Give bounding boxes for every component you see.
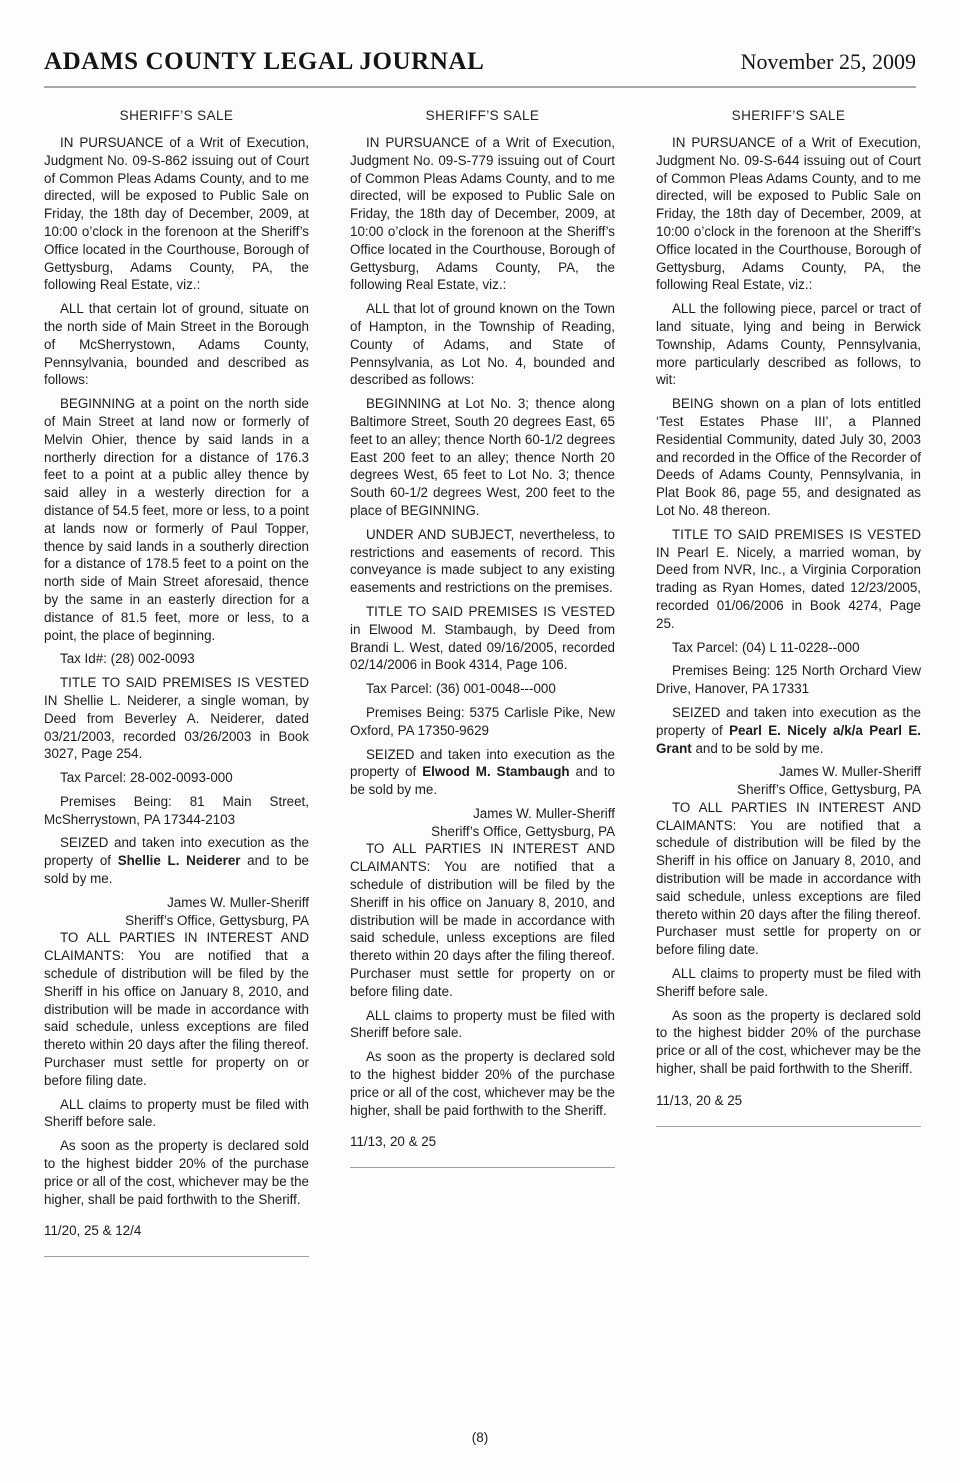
- signature-line: Sheriff’s Office, Gettysburg, PA: [44, 912, 309, 930]
- issue-date: November 25, 2009: [741, 49, 916, 75]
- notice-paragraph: BEGINNING at Lot No. 3; thence along Bal…: [350, 395, 615, 520]
- column-end-rule: [656, 1126, 921, 1127]
- notice-paragraph: IN PURSUANCE of a Writ of Execution, Jud…: [350, 134, 615, 294]
- notice-paragraph: Premises Being: 5375 Carlisle Pike, New …: [350, 704, 615, 740]
- notice-column-1: SHERIFF’S SALE IN PURSUANCE of a Writ of…: [44, 108, 309, 1257]
- notice-paragraph: As soon as the property is declared sold…: [350, 1048, 615, 1119]
- notice-paragraph: Tax Parcel: 28-002-0093-000: [44, 769, 309, 787]
- notice-paragraph: BEGINNING at a point on the north side o…: [44, 395, 309, 644]
- page-number: (8): [0, 1430, 960, 1445]
- notice-paragraph: ALL claims to property must be filed wit…: [44, 1096, 309, 1132]
- notice-paragraph: TITLE TO SAID PREMISES IS VESTED IN Pear…: [656, 526, 921, 633]
- notice-paragraph: As soon as the property is declared sold…: [44, 1137, 309, 1208]
- notice-paragraph: Tax Id#: (28) 002-0093: [44, 650, 309, 668]
- signature-line: James W. Muller-Sheriff: [44, 894, 309, 912]
- column-heading: SHERIFF’S SALE: [44, 108, 309, 123]
- publication-dates: 11/20, 25 & 12/4: [44, 1222, 309, 1240]
- signature-line: Sheriff’s Office, Gettysburg, PA: [656, 781, 921, 799]
- notice-paragraph: TITLE TO SAID PREMISES IS VESTED in Elwo…: [350, 603, 615, 674]
- notice-paragraph: UNDER AND SUBJECT, nevertheless, to rest…: [350, 526, 615, 597]
- notice-paragraph: ALL the following piece, parcel or tract…: [656, 300, 921, 389]
- column-end-rule: [350, 1167, 615, 1168]
- notice-paragraph: ALL that certain lot of ground, situate …: [44, 300, 309, 389]
- notice-paragraph: BEING shown on a plan of lots entitled ‘…: [656, 395, 921, 520]
- notice-paragraph: TO ALL PARTIES IN INTEREST AND CLAIMANTS…: [656, 799, 921, 959]
- masthead: ADAMS COUNTY LEGAL JOURNAL November 25, …: [0, 0, 960, 76]
- notice-column-2: SHERIFF’S SALE IN PURSUANCE of a Writ of…: [350, 108, 615, 1257]
- signature-line: James W. Muller-Sheriff: [350, 805, 615, 823]
- notice-paragraph: SEIZED and taken into execution as the p…: [656, 704, 921, 757]
- notice-paragraph: Premises Being: 81 Main Street, McSherry…: [44, 793, 309, 829]
- notice-paragraph: Tax Parcel: (04) L 11-0228--000: [656, 639, 921, 657]
- journal-title: ADAMS COUNTY LEGAL JOURNAL: [44, 48, 484, 76]
- notice-paragraph: SEIZED and taken into execution as the p…: [44, 834, 309, 887]
- column-end-rule: [44, 1256, 309, 1257]
- column-heading: SHERIFF’S SALE: [350, 108, 615, 123]
- notice-paragraph: TITLE TO SAID PREMISES IS VESTED IN Shel…: [44, 674, 309, 763]
- notice-column-3: SHERIFF’S SALE IN PURSUANCE of a Writ of…: [656, 108, 921, 1257]
- notice-paragraph: IN PURSUANCE of a Writ of Execution, Jud…: [656, 134, 921, 294]
- journal-page: ADAMS COUNTY LEGAL JOURNAL November 25, …: [0, 0, 960, 1483]
- notice-paragraph: TO ALL PARTIES IN INTEREST AND CLAIMANTS…: [350, 840, 615, 1000]
- publication-dates: 11/13, 20 & 25: [350, 1133, 615, 1151]
- signature-line: James W. Muller-Sheriff: [656, 763, 921, 781]
- publication-dates: 11/13, 20 & 25: [656, 1092, 921, 1110]
- notice-paragraph: TO ALL PARTIES IN INTEREST AND CLAIMANTS…: [44, 929, 309, 1089]
- column-heading: SHERIFF’S SALE: [656, 108, 921, 123]
- notice-paragraph: ALL claims to property must be filed wit…: [656, 965, 921, 1001]
- notice-paragraph: As soon as the property is declared sold…: [656, 1007, 921, 1078]
- notice-paragraph: Premises Being: 125 North Orchard View D…: [656, 662, 921, 698]
- notice-columns: SHERIFF’S SALE IN PURSUANCE of a Writ of…: [0, 88, 960, 1257]
- notice-paragraph: IN PURSUANCE of a Writ of Execution, Jud…: [44, 134, 309, 294]
- notice-paragraph: ALL that lot of ground known on the Town…: [350, 300, 615, 389]
- signature-line: Sheriff’s Office, Gettysburg, PA: [350, 823, 615, 841]
- notice-paragraph: Tax Parcel: (36) 001-0048---000: [350, 680, 615, 698]
- notice-paragraph: SEIZED and taken into execution as the p…: [350, 746, 615, 799]
- notice-paragraph: ALL claims to property must be filed wit…: [350, 1007, 615, 1043]
